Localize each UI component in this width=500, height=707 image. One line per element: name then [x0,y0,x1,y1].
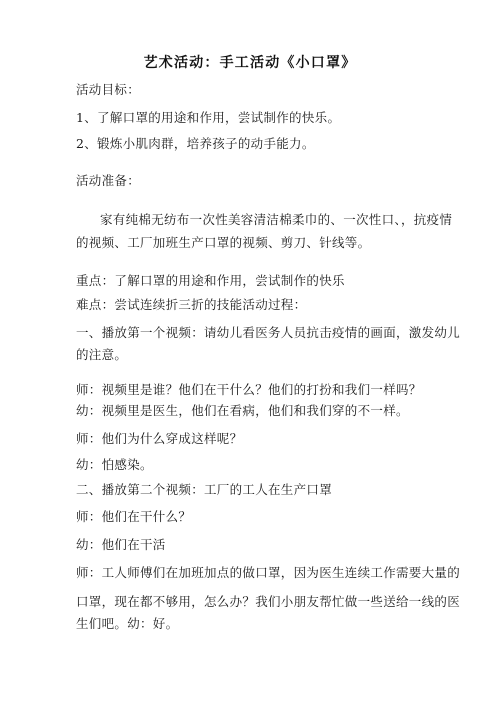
section-heading-preparation: 活动准备： [76,173,140,189]
dialogue-child: 幼：他们在干活 [76,537,166,553]
step-one-line-1: 一、播放第一个视频：请幼儿看医务人员抗击疫情的画面，激发幼儿 [76,325,460,341]
goal-item-1: 1、了解口罩的用途和作用，尝试制作的快乐。 [76,110,340,126]
dialogue-teacher-line-1: 师：工人师傅们在加班加点的做口罩，因为医生连续工作需要大量的 [76,565,460,581]
dialogue-teacher-line-2: 口罩，现在都不够用，怎么办？我们小朋友帮忙做一些送给一线的医 [76,594,460,610]
dialogue-child: 幼：怕感染。 [76,457,153,473]
preparation-paragraph-line-2: 的视频、工厂加班生产口罩的视频、剪刀、针线等。 [76,235,370,251]
section-heading-goals: 活动目标： [76,82,140,98]
difficulty-point: 难点：尝试连续折三折的技能活动过程： [76,297,306,313]
preparation-paragraph-line-1: 家有纯棉无纺布一次性美容清洁棉柔巾的、一次性口、，抗疫情 [100,212,452,228]
dialogue-teacher: 师：他们为什么穿成这样呢？ [76,431,242,447]
step-two: 二、播放第二个视频：工厂的工人在生产口罩 [76,482,332,498]
key-point: 重点：了解口罩的用途和作用，尝试制作的快乐 [76,273,345,289]
dialogue-teacher: 师：视频里是谁？他们在干什么？他们的打扮和我们一样吗？ [76,382,422,398]
dialogue-teacher: 师：他们在干什么？ [76,509,191,525]
dialogue-child: 幼：视频里是医生，他们在看病，他们和我们穿的不一样。 [76,403,409,419]
dialogue-teacher-line-3: 生们吧。幼：好。 [76,616,178,632]
document-title: 艺术活动：手工活动《小口罩》 [0,52,500,72]
goal-item-2: 2、锻炼小肌肉群，培养孩子的动手能力。 [76,136,315,152]
step-one-line-2: 的注意。 [76,347,127,363]
